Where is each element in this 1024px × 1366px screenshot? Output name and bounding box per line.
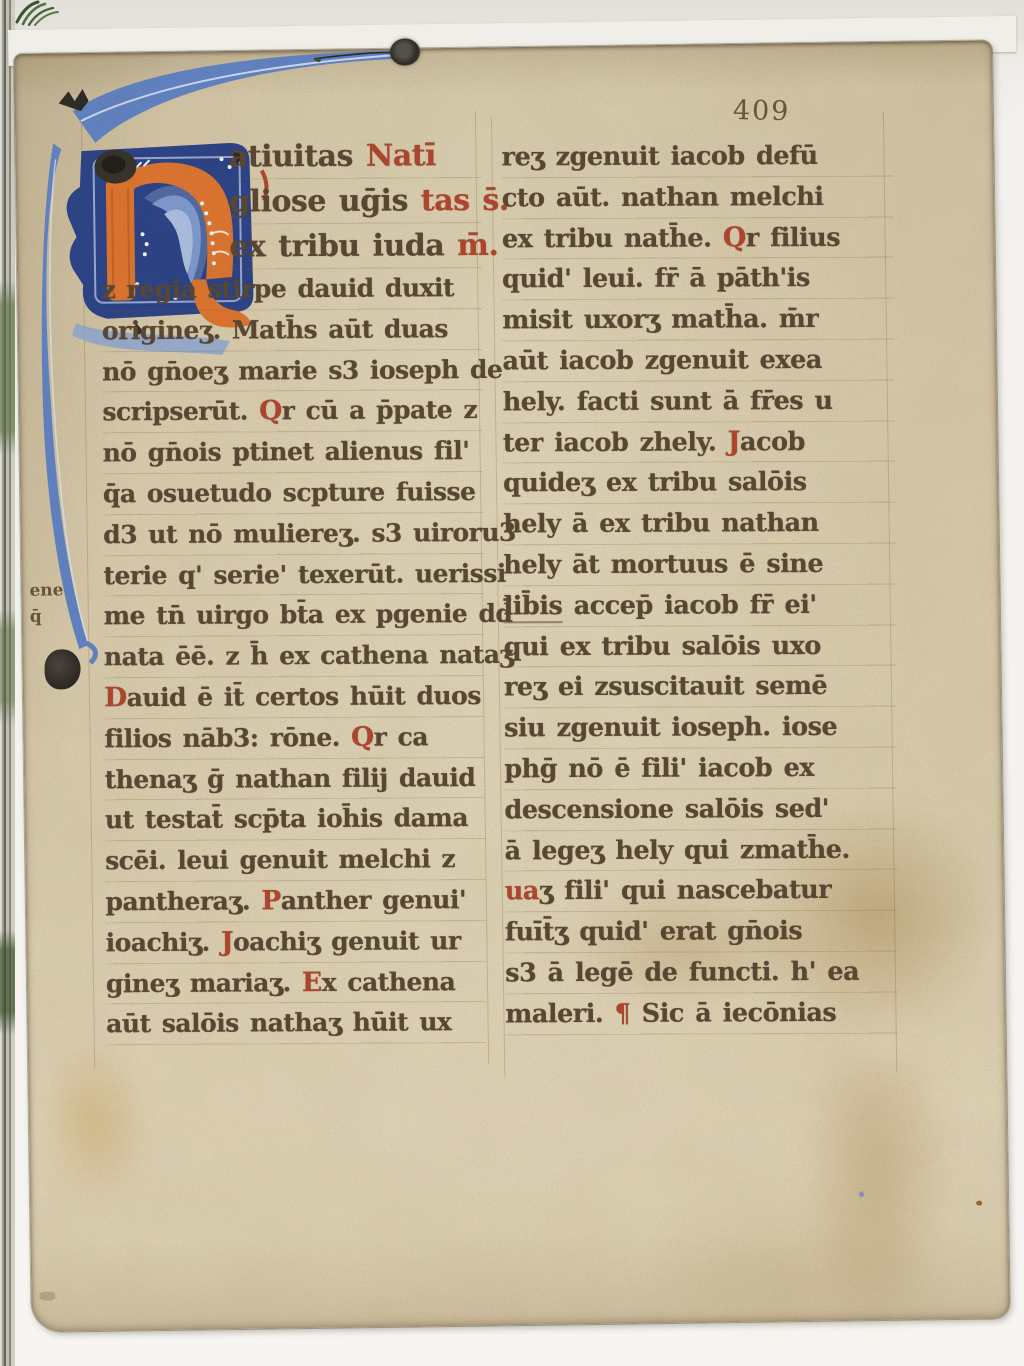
ink-text: nō gn̄ois ptinet alienus fil' [103,436,470,467]
text-line: fuīt̄ʒ quid' erat gn̄ois [505,911,897,954]
rubric-text: Natī [366,138,436,173]
text-line: reʒ ei zsuscitauit semē [504,666,896,709]
ink-text: phḡ nō ē fili' iacob ex [504,753,814,784]
text-line: ā legeʒ hely qui zmath̄e. [505,829,897,872]
ink-text: origineʒ. Math̄s aūt duas [102,314,448,345]
rubric-text: J [728,426,740,457]
green-fiber-tuft [14,0,60,26]
ink-text: ex tribu iuda [229,228,457,264]
text-line: q̄a osuetudo scpture fuisse [103,472,483,515]
ink-text: pantheraʒ. [105,886,261,916]
ink-text: quideʒ ex tribu salōis [503,467,807,498]
text-line: hely ā ex tribu nathan [503,503,895,546]
speck [859,1191,864,1197]
margin-note-line: ene [29,577,63,603]
text-line: descensione salōis sed' [504,788,896,831]
ink-text: Sic ā iecōnias [630,998,836,1029]
text-line: origineʒ. Math̄s aūt duas [102,309,482,352]
ink-text: accep̄ iacob fr̄ ei' [562,590,816,621]
rubric-text: Q [351,721,374,752]
ink-text: scēi. leui genuit melchi z [105,844,455,875]
text-line: d3 ut nō muliereʒ. s3 uiroru3 [103,513,483,556]
text-line: nō gn̄oeʒ marie s3 ioseph de [102,350,482,393]
ink-text: ʒ fili' qui nascebatur [539,875,831,906]
ink-text: terie q' serie' texerūt. uerissi [103,558,506,589]
stain [800,1056,954,1333]
rubric-text: D [104,682,127,713]
ink-text: reʒ zgenuit iacob defū [502,141,818,172]
text-line: gliose uḡis tas s̄. [229,178,481,225]
text-line: hely. facti sunt ā fr̄es u [503,380,895,423]
ink-text: me tn̄ uirgo bt̄a ex pgenie dd̄ [104,599,513,630]
rubric-text: J [221,926,233,957]
ink-text: thenaʒ ḡ nathan filij dauid [105,763,476,794]
text-line: terie q' serie' texerūt. uerissi [103,554,483,597]
speck [976,1201,982,1206]
ink-text: ut testat̄ scp̄ta ioh̄is dama [105,803,468,834]
manuscript-page: 409 ene q̄ atiuitas Natīgliose uḡis tas … [14,40,1010,1332]
rubric-text: ua [505,877,539,907]
text-line: scēi. leui genuit melchi z [105,839,485,882]
ink-text: qui ex tribu salōis uxo [504,631,821,662]
rubric-text: Q [259,396,282,427]
ink-text: r ca [374,722,428,751]
ink-text: descensione salōis sed' [504,794,829,825]
ink-text: r filius [746,222,840,252]
text-line: atiuitas Natī [229,133,481,180]
ink-blob-margin [44,649,81,689]
text-line: phḡ nō ē fili' iacob ex [504,748,896,791]
speck [39,1292,55,1301]
rubric-text: ¶ [615,999,631,1029]
text-line: nō gn̄ois ptinet alienus fil' [103,431,483,474]
text-line: pantheraʒ. Panther genui' [105,880,485,923]
rubric-text: E [302,967,322,998]
ink-text: ex tribu nath̄e. [502,223,723,254]
ink-text: nō gn̄oeʒ marie s3 ioseph de [102,354,502,385]
ink-text: acob [740,427,805,457]
text-line: misit uxorʒ math̄a. m̄r [502,299,894,342]
speck [314,57,322,63]
ink-text: gliose uḡis [229,183,421,219]
text-line: reʒ zgenuit iacob defū [502,136,894,179]
text-line: maleri. ¶ Sic ā iecōnias [505,992,897,1035]
text-line: qui ex tribu salōis uxo [504,625,896,668]
ink-blot [390,38,420,65]
text-line: cto aūt. nathan melchi [502,176,894,219]
text-line: hely āt mortuus ē sine [503,544,895,587]
text-line: thenaʒ ḡ nathan filij dauid [105,758,485,801]
stain [630,1191,942,1335]
ink-text: hely. facti sunt ā fr̄es u [503,386,833,417]
text-line: scripserūt. Qr cū a p̄pate z [102,390,482,433]
ink-text: q̄a osuetudo scpture fuisse [103,477,476,508]
text-line: ter iacob zhely. Jacob [503,421,895,464]
ink-text: hely ā ex tribu nathan [503,508,819,539]
margin-note: ene q̄ [29,577,64,629]
text-line: Dauid ē it̄ certos hūit duos [104,676,484,719]
ink-text: aūt salōis nathaʒ hūit ux [106,1008,451,1039]
text-column-right: reʒ zgenuit iacob defūcto aūt. nathan me… [502,136,898,1035]
ink-text: nata ēē. z h̄ ex cathena nataʒ [104,640,513,671]
text-line: ioachiʒ. Joachiʒ genuit ur [106,921,486,964]
text-line: me tn̄ uirgo bt̄a ex pgenie dd̄ [104,594,484,637]
ink-text: auid ē it̄ certos hūit duos [127,681,481,712]
text-line: gineʒ mariaʒ. Ex cathena [106,962,486,1005]
ink-text: reʒ ei zsuscitauit semē [504,671,827,702]
text-line: filios nāb3: rōne. Qr ca [104,717,484,760]
ink-text: cto aūt. nathan melchi [502,182,824,213]
ink-text: anther genui' [281,885,466,915]
ink-text: siu zgenuit ioseph. iose [504,712,837,743]
text-line: ut testat̄ scp̄ta ioh̄is dama [105,798,485,841]
ink-text: d3 ut nō muliereʒ. s3 uiroru3 [103,518,516,550]
rubric-text: m̄. [457,228,498,263]
text-line: quideʒ ex tribu salōis [503,462,895,505]
manuscript-photo: { "manuscript": { "folio_number": "409",… [0,0,1024,1366]
text-line: aūt salōis nathaʒ hūit ux [106,1002,486,1045]
ink-text: s3 ā legē de functi. h' ea [505,957,859,989]
text-column-left: atiuitas Natīgliose uḡis tas s̄.ex tribu… [101,133,487,1045]
text-line: ex tribu nath̄e. Qr filius [502,217,894,260]
text-line: s3 ā legē de functi. h' ea [505,952,897,995]
ink-text: gineʒ mariaʒ. [106,968,302,998]
text-line: lib̄is accep̄ iacob fr̄ ei' [503,584,895,627]
ink-text: misit uxorʒ math̄a. m̄r [502,304,818,335]
text-line: uaʒ fili' qui nascebatur [505,870,897,913]
ink-text: fuīt̄ʒ quid' erat gn̄ois [505,916,802,947]
ink-text: aūt iacob zgenuit exea [502,345,821,376]
ink-text: quid' leui. fr̄ ā pāth'is [502,263,810,294]
folio-number: 409 [733,95,791,127]
rubric-text: tas s̄. [421,183,509,219]
text-line: aūt iacob zgenuit exea [502,340,894,383]
text-line: quid' leui. fr̄ ā pāth'is [502,258,894,301]
rubric-text: P [261,885,281,916]
margin-note-line: q̄ [30,603,64,629]
rubric-text: Q [723,222,746,253]
text-line: ex tribu iuda m̄. [229,223,481,270]
text-line: z regia stirpe dauid duxit [102,268,482,311]
text-line: nata ēē. z h̄ ex cathena nataʒ [104,635,484,678]
ink-text: scripserūt. [102,397,259,427]
ink-text: hely āt mortuus ē sine [503,549,823,580]
ink-text: filios nāb3: rōne. [104,723,351,754]
ink-text: ā legeʒ hely qui zmath̄e. [505,834,850,866]
ink-text: x cathena [322,967,456,997]
ruling-line [81,117,95,1069]
ink-text: atiuitas [229,139,366,175]
ink-text: lib̄is [504,591,563,623]
stain [38,1037,150,1209]
ink-text: oachiʒ genuit ur [233,926,461,956]
ink-text: maleri. [505,999,614,1029]
binding-green-pages [0,0,15,1366]
text-line: siu zgenuit ioseph. iose [504,707,896,750]
ink-text: ter iacob zhely. [503,427,728,458]
ink-text: ioachiʒ. [106,927,222,957]
ink-text: r cū a p̄pate z [282,395,478,425]
ink-text: z regia stirpe dauid duxit [102,273,455,304]
